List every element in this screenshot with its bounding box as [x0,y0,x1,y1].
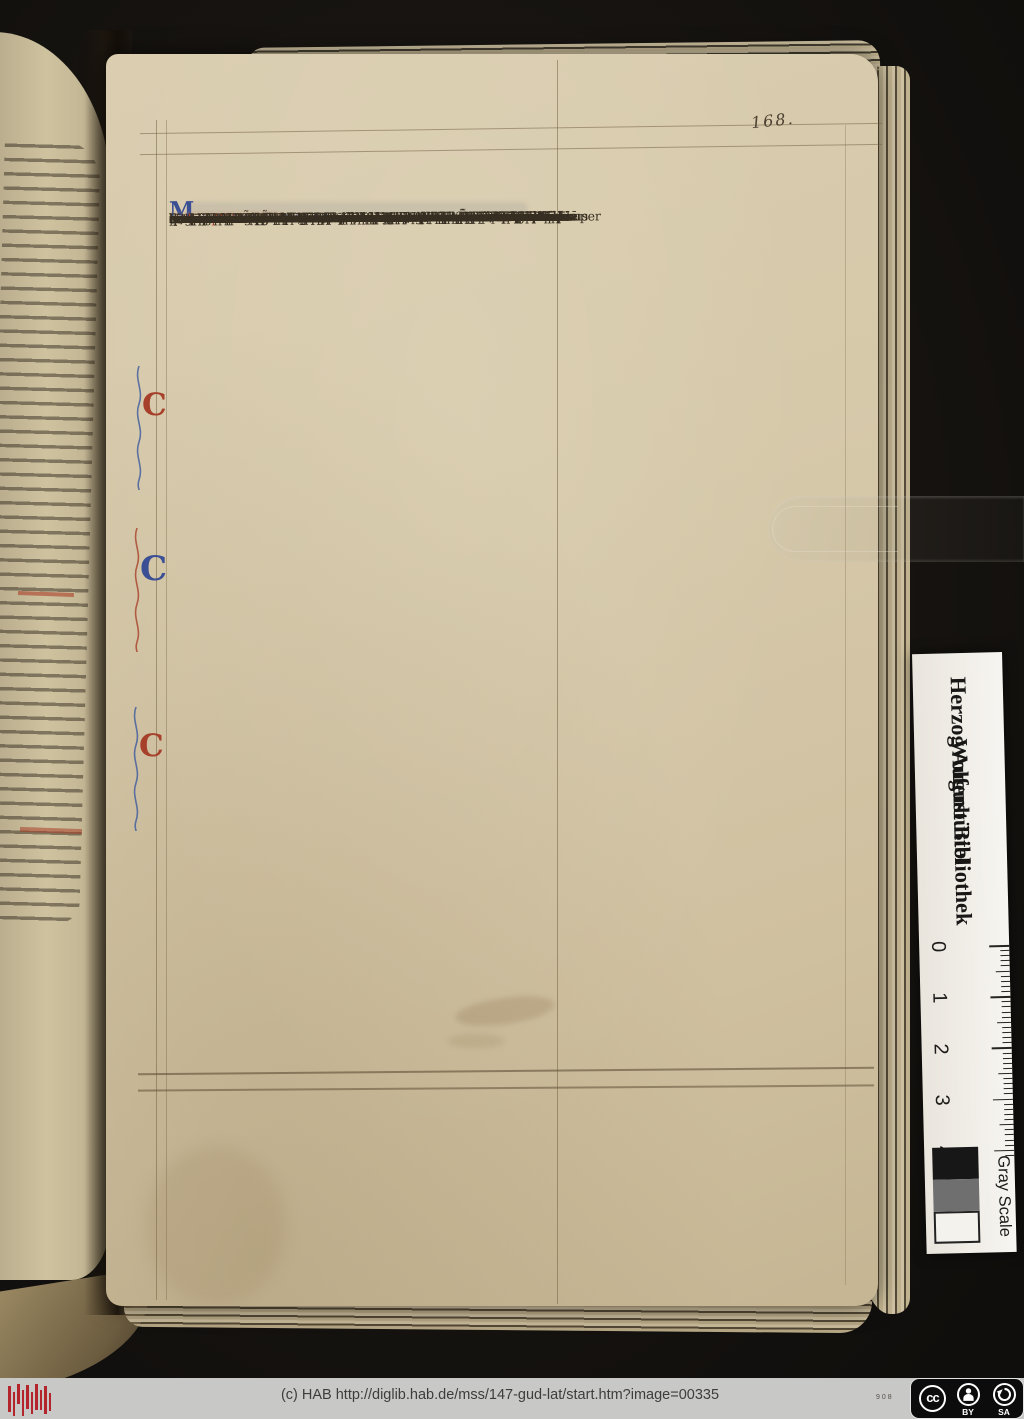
ruler-tick [1004,1083,1013,1084]
ruler-tick [993,1098,1013,1100]
calibration-bar [17,1384,20,1404]
cc-license-badge: cc BY SA [910,1378,1024,1419]
ruler-tick [1004,1119,1013,1120]
ruler-tick [1004,1088,1013,1089]
manuscript-page [106,54,878,1306]
ruler-tick [1003,1042,1012,1043]
ruler-number: 0 [926,935,950,958]
gray-scale-patch [933,1179,980,1212]
ruler-tick [989,945,1009,947]
ruler-tick [1000,950,1009,951]
ruling-line [166,120,167,1300]
ruling-line [156,120,157,1300]
ruling-line [845,125,846,1285]
footer-small-code: 908 [876,1394,894,1401]
gray-scale-patch [932,1147,979,1180]
ruler-tick [1001,986,1010,987]
manuscript-scan-photograph: 168. co q̃d calor ē nr̃s calor ipius ass… [0,0,1024,1419]
calibration-bar [31,1392,33,1414]
ruler-tick [1002,1032,1011,1033]
copyright-url-text: (c) HAB http://diglib.hab.de/mss/147-gud… [120,1387,880,1403]
ruler-tick [1002,1001,1011,1002]
ruler-tick [996,970,1010,971]
ruler-tick [1002,1017,1011,1018]
ruler-tick [997,1022,1011,1023]
ruler-tick [1005,1129,1014,1130]
ruler-tick [992,1047,1012,1049]
ruler-tick [998,1073,1012,1074]
ruler-tick [1003,1063,1012,1064]
ruler-tick [1002,1027,1011,1028]
calibration-bar [22,1390,24,1416]
ruler-tick [1000,1124,1014,1125]
ruler-number: 3 [930,1089,954,1112]
gray-scale-patch [934,1211,981,1244]
cc-by-person-icon [957,1383,980,1406]
ruler-tick [1000,955,1009,956]
calibration-ruler-card: Herzog August Bibliothek Wolfenbüttel 01… [898,652,1024,1264]
ruler-tick [1005,1139,1014,1140]
ruler-number: 2 [928,1038,952,1061]
ruler-tick [1002,1037,1011,1038]
calibration-bar [26,1385,29,1409]
cc-by-label: BY [953,1407,983,1417]
ruler-tick [1003,1068,1012,1069]
cc-logo-icon: cc [919,1385,946,1412]
ruler-tick [1002,1011,1011,1012]
ruler-tick [1001,976,1010,977]
cc-sa-label: SA [989,1407,1019,1417]
calibration-bar [35,1384,38,1410]
ink-stain [448,1034,504,1048]
ruler-tick [1004,1104,1013,1105]
ruler-tick [1004,1093,1013,1094]
calibration-ruler-face: Herzog August Bibliothek Wolfenbüttel 01… [912,652,1017,1254]
footer-bar: (c) HAB http://diglib.hab.de/mss/147-gud… [0,1378,1024,1419]
calibration-bar [44,1386,47,1414]
calibration-bar [49,1393,51,1411]
calibration-bar [40,1390,42,1410]
ruler-tick [1001,965,1010,966]
ruler-tick [1002,1006,1011,1007]
ruler-tick [1001,981,1010,982]
ruler-tick [1001,991,1010,992]
cc-sa-arrow-icon [993,1383,1016,1406]
ruling-line [557,60,558,1304]
ruler-tick [1004,1109,1013,1110]
ruler-tick [1004,1114,1013,1115]
parchment-discoloration [146,1146,286,1306]
calibration-bar [8,1386,11,1412]
ruler-tick [1001,960,1010,961]
color-calibration-mark [0,1378,60,1419]
plexiglass-strip-tip [772,506,898,552]
ruler-tick [1003,1078,1012,1079]
ruler-tick [990,996,1010,998]
ruler-tick [1005,1134,1014,1135]
calibration-bar [13,1392,15,1416]
ruler-tick [1003,1058,1012,1059]
ruler-tick [1003,1052,1012,1053]
gray-scale-label: Gray Scale [993,1142,1015,1250]
ruler-number: 1 [927,987,951,1010]
